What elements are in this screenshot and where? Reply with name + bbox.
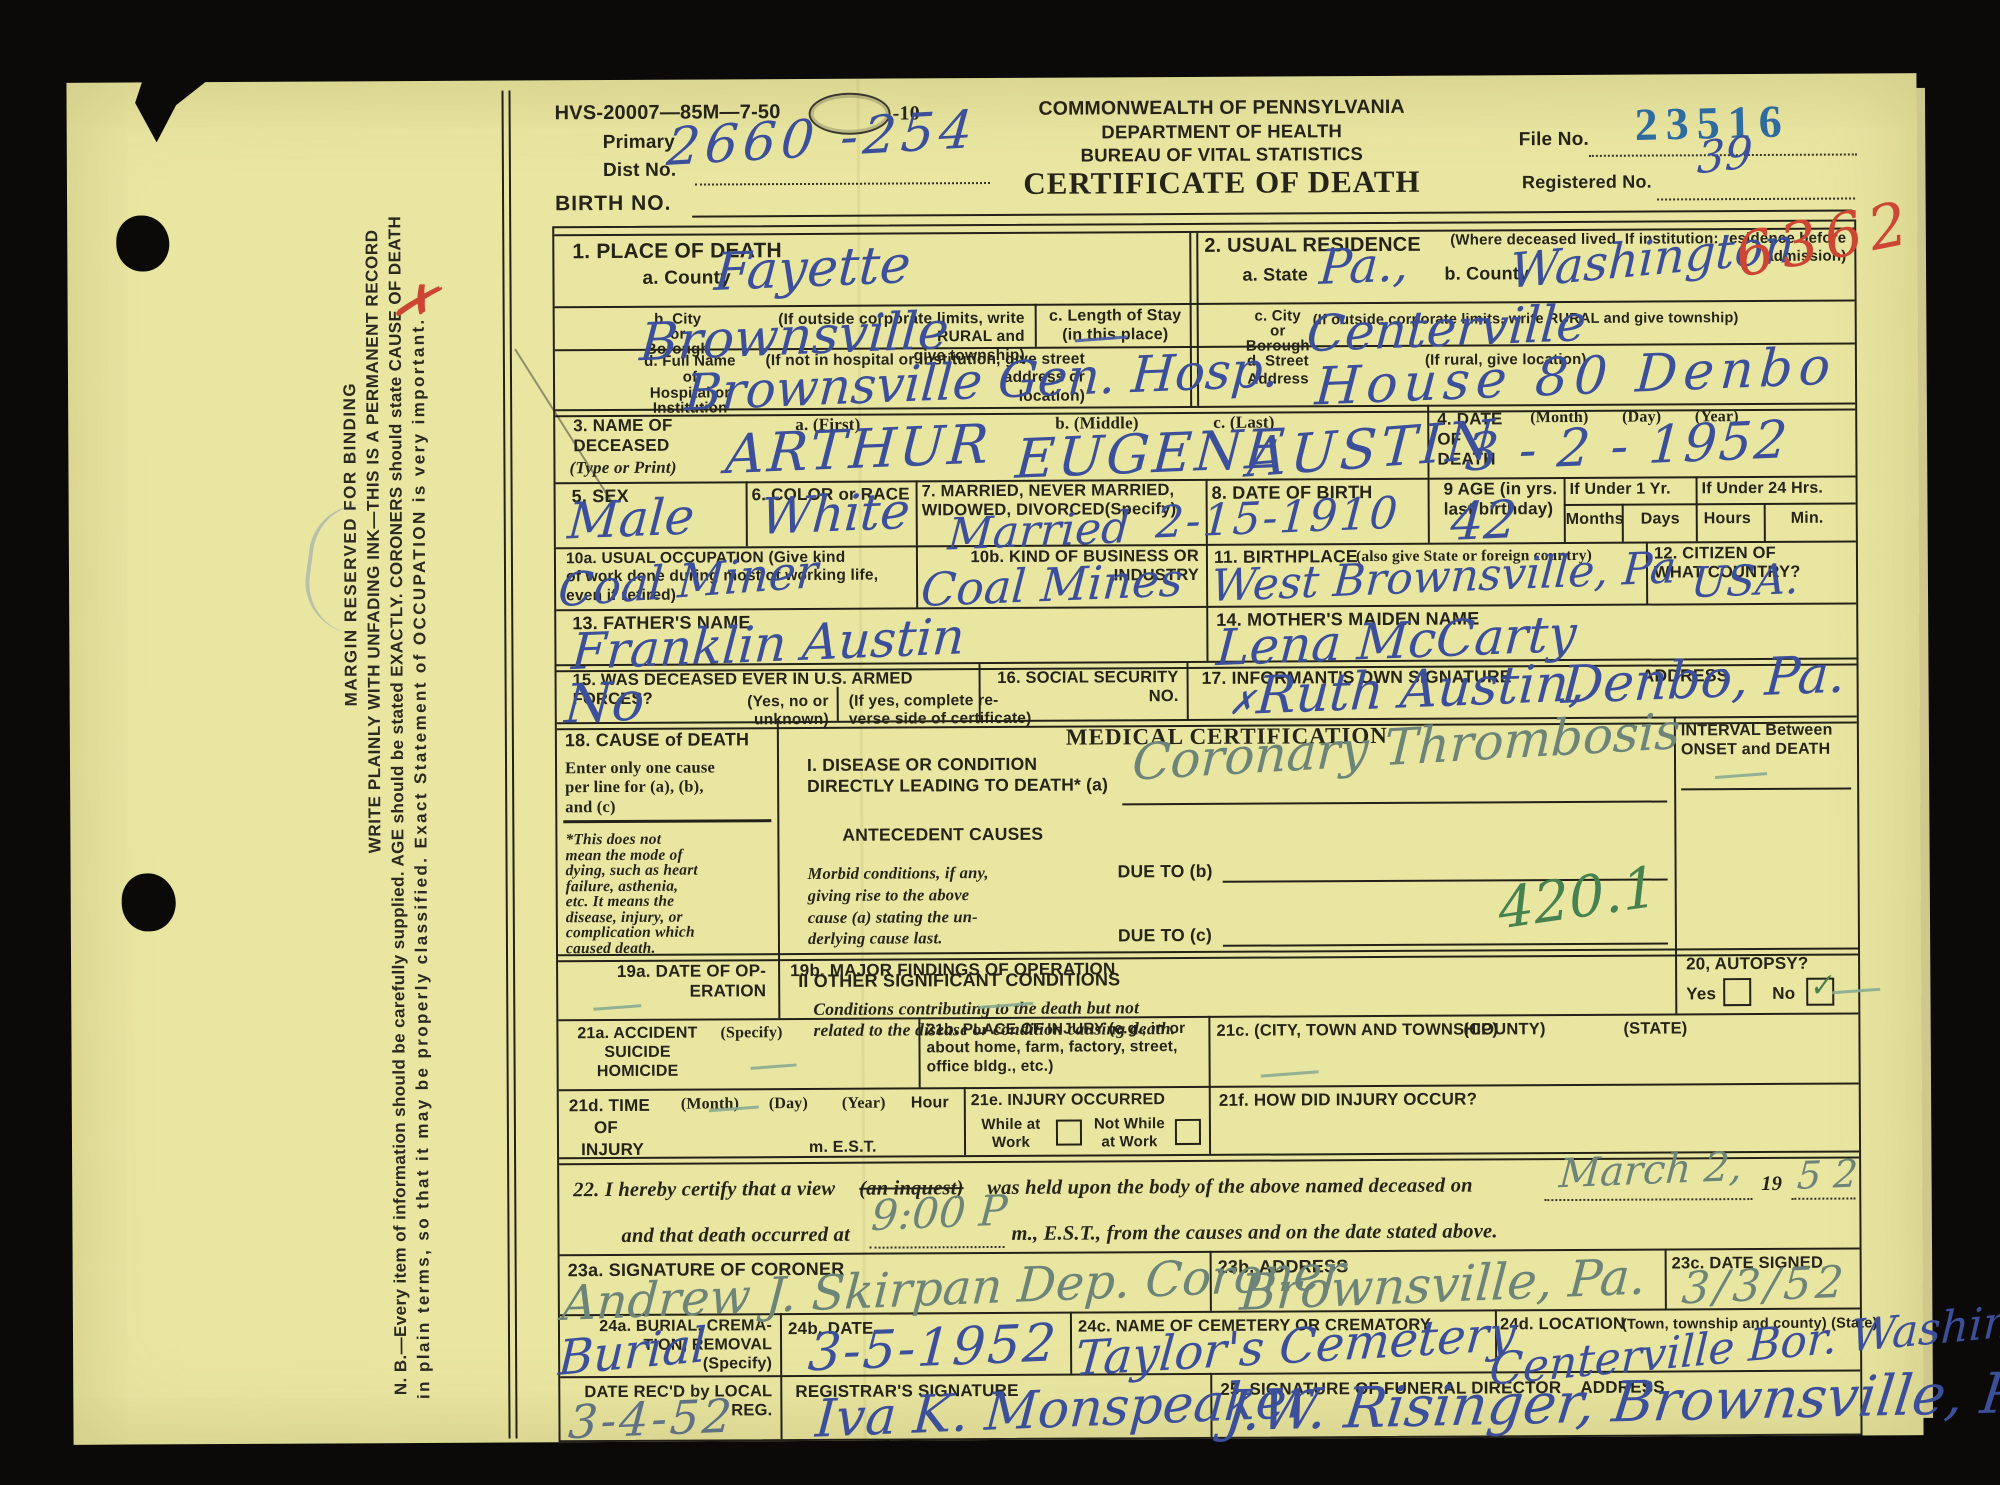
min-label: Min. bbox=[1791, 510, 1824, 529]
certify-year-prefix: 19 bbox=[1761, 1172, 1782, 1196]
margin-note-plain-terms: in plain terms, so that it may be proper… bbox=[409, 317, 435, 1399]
autopsy-yes-label: Yes bbox=[1686, 984, 1716, 1004]
injury-hour-label: Hour bbox=[911, 1094, 949, 1113]
antecedent-label: ANTECEDENT CAUSES bbox=[842, 824, 1043, 846]
citizen-value: USA. bbox=[1690, 558, 1800, 604]
due-c-line bbox=[1223, 942, 1668, 946]
interval-line bbox=[1681, 788, 1851, 791]
file-no-label: File No. bbox=[1519, 129, 1589, 152]
residence-state-value: Pa., bbox=[1318, 240, 1410, 292]
while-at-work-checkbox bbox=[1056, 1120, 1082, 1146]
location-label: 24d. LOCATION bbox=[1500, 1315, 1625, 1335]
binding-rule bbox=[501, 91, 517, 1439]
injury-county-label: (COUNTY) bbox=[1463, 1020, 1545, 1040]
certificate-paper: MARGIN RESERVED FOR BINDING WRITE PLAINL… bbox=[66, 73, 1923, 1445]
torn-notch bbox=[128, 78, 210, 142]
cause-note-rule bbox=[563, 819, 771, 823]
autopsy-no-check: ✓ bbox=[1806, 970, 1835, 1003]
informant-sign-mark: ✗ bbox=[1228, 686, 1257, 719]
disease-line bbox=[1122, 800, 1667, 805]
certify-time-value: 9:00 P bbox=[870, 1189, 1009, 1237]
not-while-at-work-label: Not While at Work bbox=[1087, 1115, 1172, 1151]
name-label-type: (Type or Print) bbox=[569, 458, 676, 479]
time-of-injury-injury: INJURY bbox=[581, 1140, 644, 1160]
certify-part4: m., E.S.T., from the causes and on the d… bbox=[1011, 1219, 1497, 1246]
first-name-value: ARTHUR bbox=[724, 417, 993, 482]
days-label: Days bbox=[1641, 510, 1680, 529]
father-value: Franklin Austin bbox=[570, 611, 966, 677]
injury-year-label: (Year) bbox=[842, 1095, 886, 1114]
operation-findings-label: 19b. MAJOR FINDINGS OF OPERATION bbox=[790, 959, 1115, 981]
autopsy-no-stroke bbox=[1832, 988, 1880, 995]
injury-mest-label: m. E.S.T. bbox=[809, 1139, 877, 1158]
last-name-value: AUSTIN bbox=[1246, 412, 1499, 485]
agency-line1: COMMONWEALTH OF PENNSYLVANIA bbox=[1012, 96, 1432, 121]
injury-day-label: (Day) bbox=[769, 1095, 808, 1114]
while-at-work-label: While at Work bbox=[971, 1116, 1051, 1152]
dist-no-value: 2660 -254 bbox=[665, 104, 979, 174]
scanned-death-certificate: { "document": { "form_code": "HVS-20007—… bbox=[0, 0, 2000, 1485]
ssn-label: 16. SOCIAL SECURITY NO. bbox=[989, 668, 1179, 708]
place-of-injury-label: 21b. PLACE OF INJURY (e.g., in or about … bbox=[926, 1020, 1206, 1076]
interval-label: INTERVAL Between ONSET and DEATH bbox=[1681, 722, 1833, 761]
punch-hole-bottom bbox=[122, 873, 176, 931]
certify-time-line bbox=[870, 1246, 1005, 1249]
dob-value: 2-15-1910 bbox=[1154, 492, 1400, 546]
accident-specify-label: (Specify) bbox=[720, 1024, 782, 1043]
autopsy-label: 20, AUTOPSY? bbox=[1686, 954, 1808, 975]
marital-value: Married bbox=[946, 506, 1130, 557]
sex-value: Male bbox=[566, 491, 696, 546]
armed-forces-paren1: (Yes, no or unknown) bbox=[717, 693, 829, 730]
cause-note1: Enter only one cause per line for (a), (… bbox=[565, 757, 771, 816]
injury-occurred-label: 21e. INJURY OCCURRED bbox=[971, 1091, 1165, 1111]
time-of-injury-of: OF bbox=[594, 1118, 618, 1138]
registered-no-line bbox=[1657, 197, 1855, 200]
accident-label: 21a. ACCIDENT SUICIDE HOMICIDE bbox=[572, 1025, 702, 1082]
birth-no-label: BIRTH NO. bbox=[555, 192, 671, 217]
funeral-director-value: J.W. Risinger, Brownsville, Pa, bbox=[1222, 1365, 2000, 1440]
how-injury-label: 21f. HOW DID INJURY OCCUR? bbox=[1219, 1089, 1477, 1110]
race-value: White bbox=[759, 486, 911, 542]
morbid-note: Morbid conditions, if any, giving rise t… bbox=[808, 861, 1108, 950]
due-b-label: DUE TO (b) bbox=[1118, 861, 1213, 882]
punch-hole-top bbox=[116, 215, 169, 271]
due-c-label: DUE TO (c) bbox=[1118, 925, 1212, 946]
interval-mark bbox=[1715, 772, 1767, 779]
under1yr-label: If Under 1 Yr. bbox=[1570, 480, 1671, 499]
certificate-table: 1. PLACE OF DEATH a. County Fayette b. C… bbox=[552, 219, 1862, 1442]
burial-value: Burial bbox=[557, 1321, 707, 1383]
certify-date-value: March 2, bbox=[1558, 1147, 1743, 1194]
margin-note-nb: N. B.—Every item of information should b… bbox=[385, 216, 411, 1395]
date-of-death-value: 3 - 2 - 1952 bbox=[1464, 414, 1791, 479]
under24-label: If Under 24 Hrs. bbox=[1702, 480, 1824, 500]
residence-state-label: a. State bbox=[1242, 264, 1308, 286]
primary-label: Primary bbox=[603, 132, 675, 155]
certify-date-line bbox=[1544, 1198, 1752, 1201]
armed-forces-value: No bbox=[563, 674, 646, 731]
injury-city-label: 21c. (CITY, TOWN AND TOWNSHIP) bbox=[1216, 1020, 1498, 1041]
operation-date-mark bbox=[593, 1004, 641, 1011]
date-received-value: 3-4-52 bbox=[567, 1392, 736, 1445]
not-while-at-work-checkbox bbox=[1175, 1119, 1201, 1145]
operation-date-label: 19a. DATE OF OP- ERATION bbox=[566, 961, 766, 1002]
autopsy-no-label: No bbox=[1772, 984, 1795, 1004]
registered-no-value: 39 bbox=[1696, 131, 1753, 182]
accident-mark bbox=[751, 1063, 797, 1069]
coroner-date-value: 3/3/52 bbox=[1680, 1261, 1848, 1312]
dist-no-line bbox=[695, 182, 990, 186]
months-label: Months bbox=[1566, 511, 1624, 530]
time-of-injury-label: 21d. TIME bbox=[569, 1096, 650, 1116]
certify-year-value: 5 2 bbox=[1796, 1154, 1859, 1195]
name-label: 3. NAME OF DECEASED bbox=[573, 416, 673, 457]
icd-code-value: 420.1 bbox=[1496, 859, 1659, 938]
injury-state-label: (STATE) bbox=[1623, 1019, 1687, 1039]
certify-part3: and that death occurred at bbox=[621, 1223, 850, 1248]
red-file-number: 6362 bbox=[1730, 193, 1919, 287]
certify-year-line bbox=[1791, 1198, 1855, 1200]
length-of-stay-label: c. Length of Stay (in this place) bbox=[1043, 307, 1188, 346]
certify-part1: 22. I hereby certify that a view bbox=[573, 1177, 835, 1203]
burial-date-value: 3-5-1952 bbox=[806, 1317, 1059, 1379]
agency-line2: DEPARTMENT OF HEALTH bbox=[1012, 120, 1432, 144]
injury-city-mark bbox=[1261, 1070, 1319, 1077]
certificate-title: CERTIFICATE OF DEATH bbox=[1012, 164, 1432, 203]
hours-label: Hours bbox=[1704, 510, 1751, 529]
birth-no-line bbox=[692, 210, 1852, 218]
age-value: 42 bbox=[1449, 494, 1518, 549]
cause-note2: *This does not mean the mode of dying, s… bbox=[565, 831, 772, 956]
coroner-address-value: Brownsville, Pa. bbox=[1238, 1251, 1647, 1317]
place-county-value: Fayette bbox=[713, 239, 912, 299]
industry-value: Coal Mines bbox=[920, 556, 1185, 613]
autopsy-yes-checkbox bbox=[1723, 978, 1751, 1006]
registered-no-label: Registered No. bbox=[1522, 172, 1652, 194]
informant-address-value: Denbo, Pa. bbox=[1560, 649, 1847, 713]
certify-part2: was held upon the body of the above name… bbox=[987, 1174, 1473, 1201]
disease-label: I. DISEASE OR CONDITION DIRECTLY LEADING… bbox=[807, 753, 1108, 796]
